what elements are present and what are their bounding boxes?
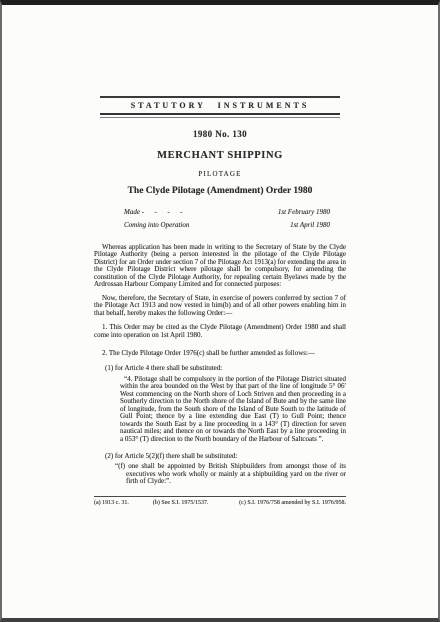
si-number: 1980 No. 130 (94, 129, 346, 140)
banner-bottom-rule (100, 113, 340, 118)
made-date: 1st February 1980 (278, 208, 330, 217)
scanned-document-page: STATUTORY INSTRUMENTS 1980 No. 130 MERCH… (0, 0, 440, 622)
banner-label: STATUTORY INSTRUMENTS (100, 98, 340, 112)
amendment-2-quoted-text: “(f) one shall be appointed by British S… (94, 463, 346, 485)
coming-into-operation-row: Coming into Operation 1st April 1980 (124, 221, 330, 230)
preamble-paragraph: Whereas application has been made in wri… (94, 244, 346, 289)
article-2-paragraph: 2. The Clyde Pilotage Order 1976(c) shal… (94, 350, 346, 357)
meta-dates: Made - - - - 1st February 1980 Coming in… (124, 208, 330, 230)
operation-label: Coming into Operation (124, 221, 189, 230)
made-row: Made - - - - 1st February 1980 (124, 208, 330, 217)
enacting-paragraph: Now, therefore, the Secretary of State, … (94, 295, 346, 317)
footnote-b: (b) See S.I. 1975/1537. (153, 499, 239, 507)
footnote-a: (a) 1913 c. 31. (94, 499, 153, 507)
operation-date: 1st April 1980 (290, 221, 330, 230)
amendment-2-intro: (2) for Article 5(2)(f) there shall be s… (94, 453, 346, 460)
amendment-1-intro: (1) for Article 4 there shall be substit… (94, 365, 346, 372)
statutory-instruments-banner: STATUTORY INSTRUMENTS (94, 96, 346, 118)
footnote-c: (c) S.I. 1976/758 amended by S.I. 1976/9… (239, 499, 346, 507)
amendment-1-quoted-text: “4. Pilotage shall be compulsory in the … (94, 376, 346, 443)
footnotes-row: (a) 1913 c. 31. (b) See S.I. 1975/1537. … (94, 496, 346, 507)
category-heading: MERCHANT SHIPPING (94, 150, 346, 162)
banner-top-rule: STATUTORY INSTRUMENTS (100, 96, 340, 112)
subject-heading: PILOTAGE (94, 170, 346, 179)
text-column: STATUTORY INSTRUMENTS 1980 No. 130 MERCH… (94, 96, 346, 507)
made-label: Made - - - - (124, 208, 183, 217)
article-1-paragraph: 1. This Order may be cited as the Clyde … (94, 324, 346, 339)
order-title: The Clyde Pilotage (Amendment) Order 198… (94, 185, 346, 197)
